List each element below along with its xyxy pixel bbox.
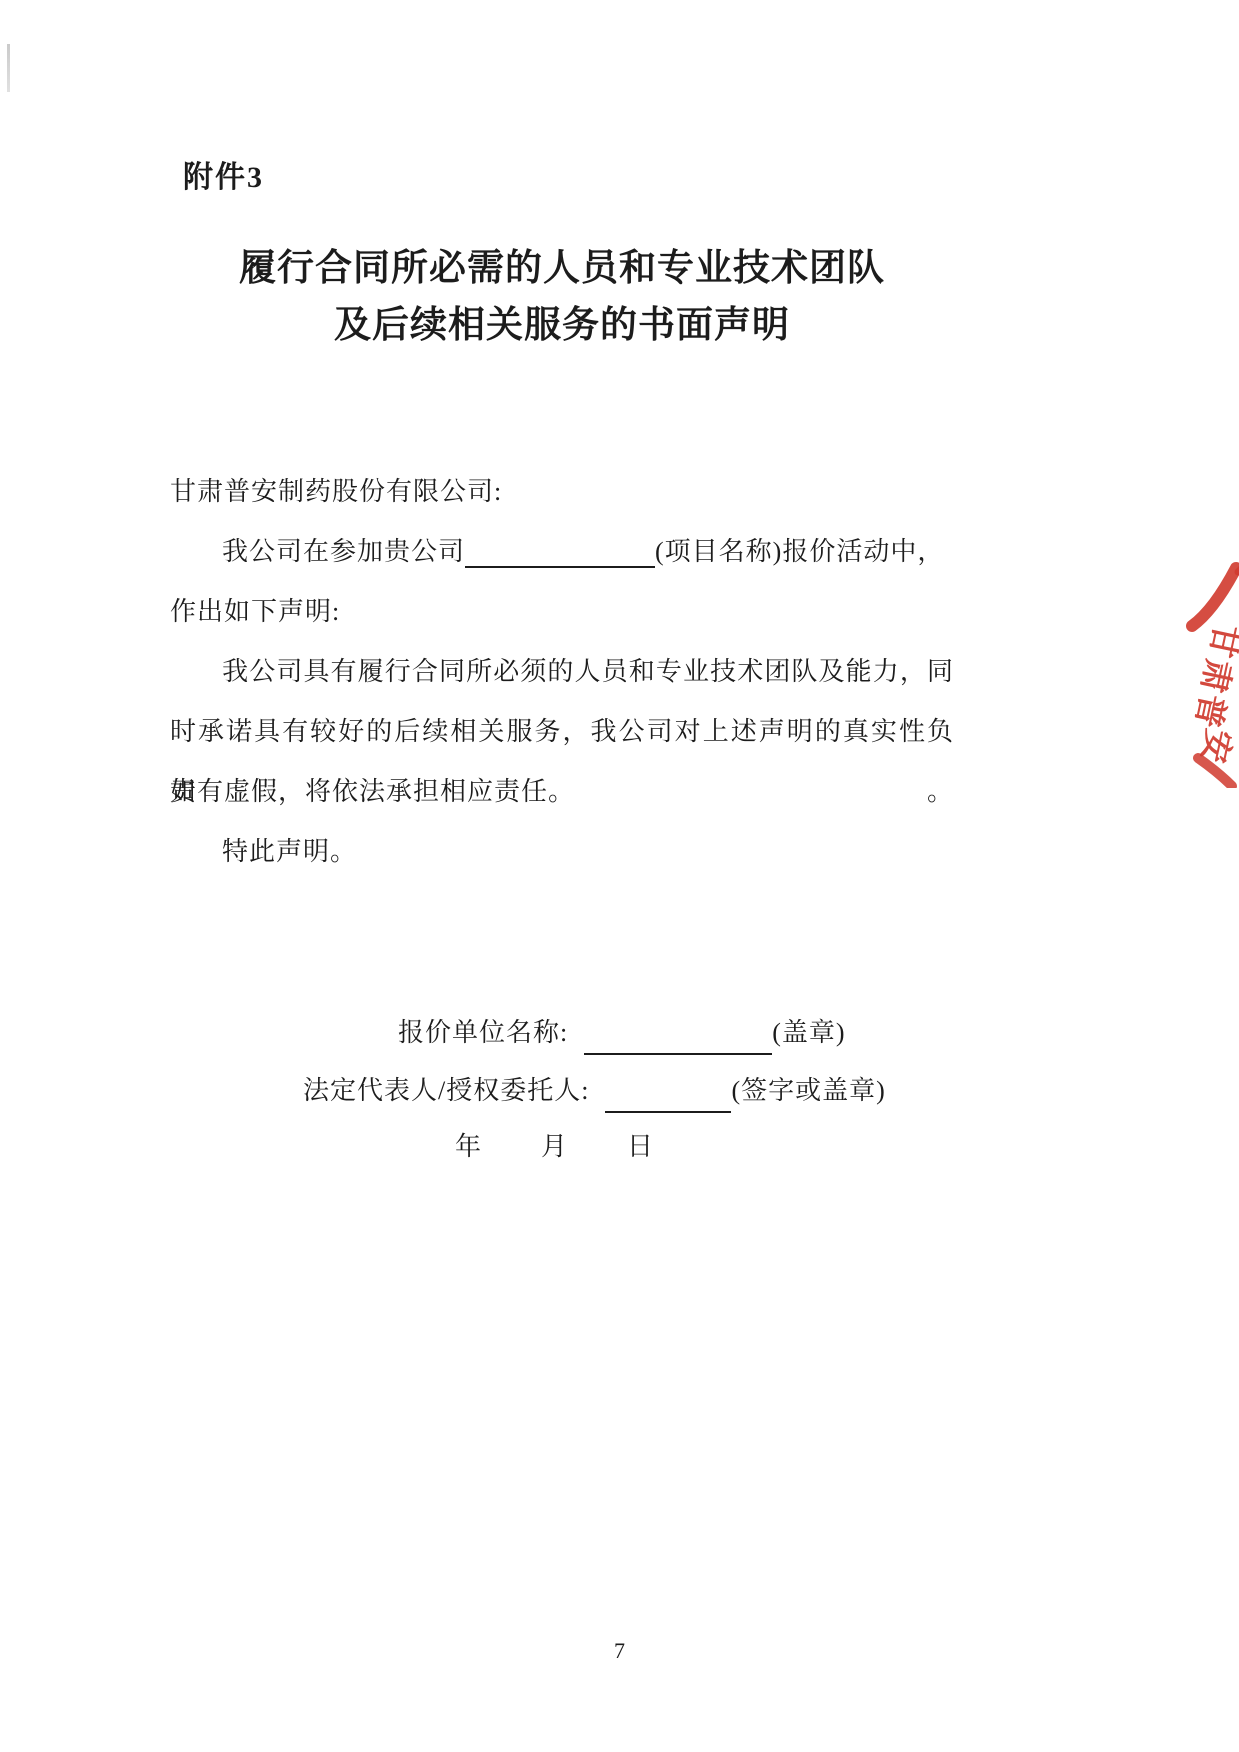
declaration-intro-line: 作出如下声明: <box>170 582 954 642</box>
representative-label: 法定代表人/授权委托人: <box>303 1070 589 1107</box>
document-title-line1: 履行合同所必需的人员和专业技术团队 <box>170 240 954 297</box>
project-name-line: 我公司在参加贵公司 (项目名称)报价活动中， <box>170 522 954 582</box>
seal-character: 安 <box>1192 725 1239 767</box>
date-line: 年 月 日 <box>455 1126 653 1163</box>
declaration-line2: 时承诺具有较好的后续相关服务，我公司对上述声明的真实性负责。 <box>170 702 954 762</box>
date-day-label: 日 <box>627 1126 653 1163</box>
unit-seal-suffix: (盖章) <box>772 1012 845 1049</box>
project-name-blank <box>465 540 655 568</box>
declaration-line1-text: 我公司具有履行合同所必须的人员和专业技术团队及能力，同 <box>222 657 954 686</box>
unit-name-blank <box>584 1027 772 1055</box>
representative-blank <box>605 1085 731 1113</box>
red-seal-fragment: 甘 肃 普 安 <box>1180 558 1239 788</box>
salutation-line: 甘肃普安制药股份有限公司: <box>170 462 954 522</box>
signature-unit-line: 报价单位名称: (盖章) <box>398 1012 846 1049</box>
project-line-suffix: (项目名称)报价活动中， <box>655 522 944 582</box>
page-number: 7 <box>0 1638 1239 1664</box>
seal-arc-icon <box>1180 558 1239 788</box>
body-text: 甘肃普安制药股份有限公司: 我公司在参加贵公司 (项目名称)报价活动中， 作出如… <box>170 462 954 882</box>
attachment-label: 附件3 <box>183 152 264 196</box>
seal-character: 甘 <box>1200 620 1239 662</box>
date-month-label: 月 <box>541 1126 567 1163</box>
unit-name-label: 报价单位名称: <box>398 1012 568 1049</box>
closing-text: 特此声明。 <box>222 837 357 866</box>
declaration-line1: 我公司具有履行合同所必须的人员和专业技术团队及能力，同 <box>170 642 954 702</box>
representative-suffix: (签字或盖章) <box>731 1070 885 1107</box>
document-page: 附件3 履行合同所必需的人员和专业技术团队 及后续相关服务的书面声明 甘肃普安制… <box>0 0 1239 1752</box>
scan-artifact <box>7 44 10 92</box>
signature-representative-line: 法定代表人/授权委托人: (签字或盖章) <box>303 1070 886 1107</box>
document-title: 履行合同所必需的人员和专业技术团队 及后续相关服务的书面声明 <box>170 240 954 354</box>
seal-character: 普 <box>1186 690 1239 732</box>
closing-line: 特此声明。 <box>170 822 954 882</box>
project-line-prefix: 我公司在参加贵公司 <box>222 522 465 582</box>
seal-character: 肃 <box>1192 655 1239 697</box>
date-year-label: 年 <box>455 1126 481 1163</box>
document-title-line2: 及后续相关服务的书面声明 <box>170 297 954 354</box>
